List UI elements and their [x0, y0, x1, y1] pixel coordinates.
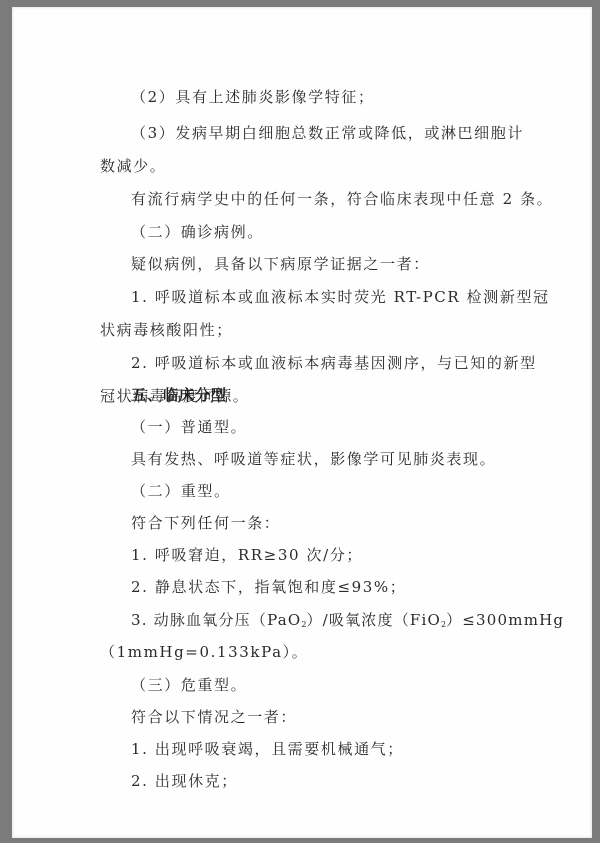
type-ordinary-desc: 具有发热、呼吸道等症状，影像学可见肺炎表现。 — [131, 449, 496, 469]
confirmed-case-intro: 疑似病例，具备以下病原学证据之一者： — [131, 254, 430, 274]
severe-criterion-3: 3. 动脉血氧分压（PaO2）/吸氧浓度（FiO2）≤300mmHg — [131, 610, 564, 635]
suspected-summary: 有流行病学史中的任何一条，符合临床表现中任意 2 条。 — [131, 189, 553, 209]
section-heading-clinical-types: 五、临床分型 — [131, 385, 227, 405]
critical-criterion-2: 2. 出现休克； — [131, 771, 238, 791]
type-severe-heading: （二）重型。 — [131, 481, 231, 501]
confirmed-criterion-1: 1. 呼吸道标本或血液标本实时荧光 RT-PCR 检测新型冠 — [131, 287, 550, 307]
criterion-blood-count: （3）发病早期白细胞总数正常或降低，或淋巴细胞计 — [131, 123, 524, 143]
critical-criterion-1: 1. 出现呼吸衰竭，且需要机械通气； — [131, 739, 404, 759]
severe-criterion-2: 2. 静息状态下，指氧饱和度≤93%； — [131, 577, 406, 597]
confirmed-criterion-2: 2. 呼吸道标本或血液标本病毒基因测序，与已知的新型 — [131, 353, 537, 373]
severe-criterion-3-cont: （1mmHg=0.133kPa）。 — [100, 642, 308, 662]
type-severe-intro: 符合下列任何一条： — [131, 513, 280, 533]
formula-part-3: ）≤300mmHg — [446, 611, 564, 629]
severe-criterion-1: 1. 呼吸窘迫，RR≥30 次/分； — [131, 545, 363, 565]
type-critical-intro: 符合以下情况之一者： — [131, 707, 297, 727]
formula-part-1: 3. 动脉血氧分压（PaO — [131, 611, 301, 629]
criterion-imaging: （2）具有上述肺炎影像学特征； — [131, 87, 375, 107]
type-critical-heading: （三）危重型。 — [131, 675, 247, 695]
confirmed-case-heading: （二）确诊病例。 — [131, 222, 264, 242]
document-page: （2）具有上述肺炎影像学特征； （3）发病早期白细胞总数正常或降低，或淋巴细胞计… — [12, 7, 592, 838]
confirmed-criterion-1-cont: 状病毒核酸阳性； — [100, 320, 233, 340]
type-ordinary-heading: （一）普通型。 — [131, 417, 247, 437]
criterion-blood-count-cont: 数减少。 — [100, 156, 166, 176]
formula-part-2: ）/吸氧浓度（FiO — [306, 611, 441, 629]
